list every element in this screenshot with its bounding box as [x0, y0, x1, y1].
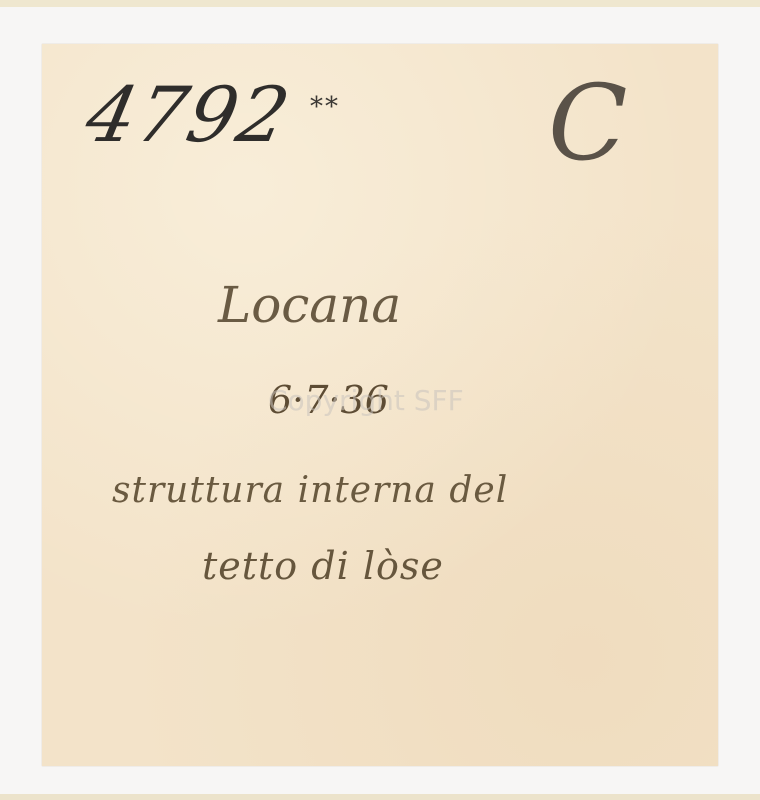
frame-top-strip — [0, 0, 760, 7]
catalog-suffix: ** — [310, 92, 340, 122]
catalog-number: 4792 — [79, 70, 299, 159]
description-line-2: tetto di lòse — [202, 544, 444, 588]
place-name: Locana — [218, 276, 401, 334]
corner-letter: C — [548, 62, 628, 184]
description-line-1: struttura interna del — [112, 470, 508, 511]
frame-bottom-strip — [0, 794, 760, 800]
watermark: Copyright SFF — [268, 384, 464, 417]
